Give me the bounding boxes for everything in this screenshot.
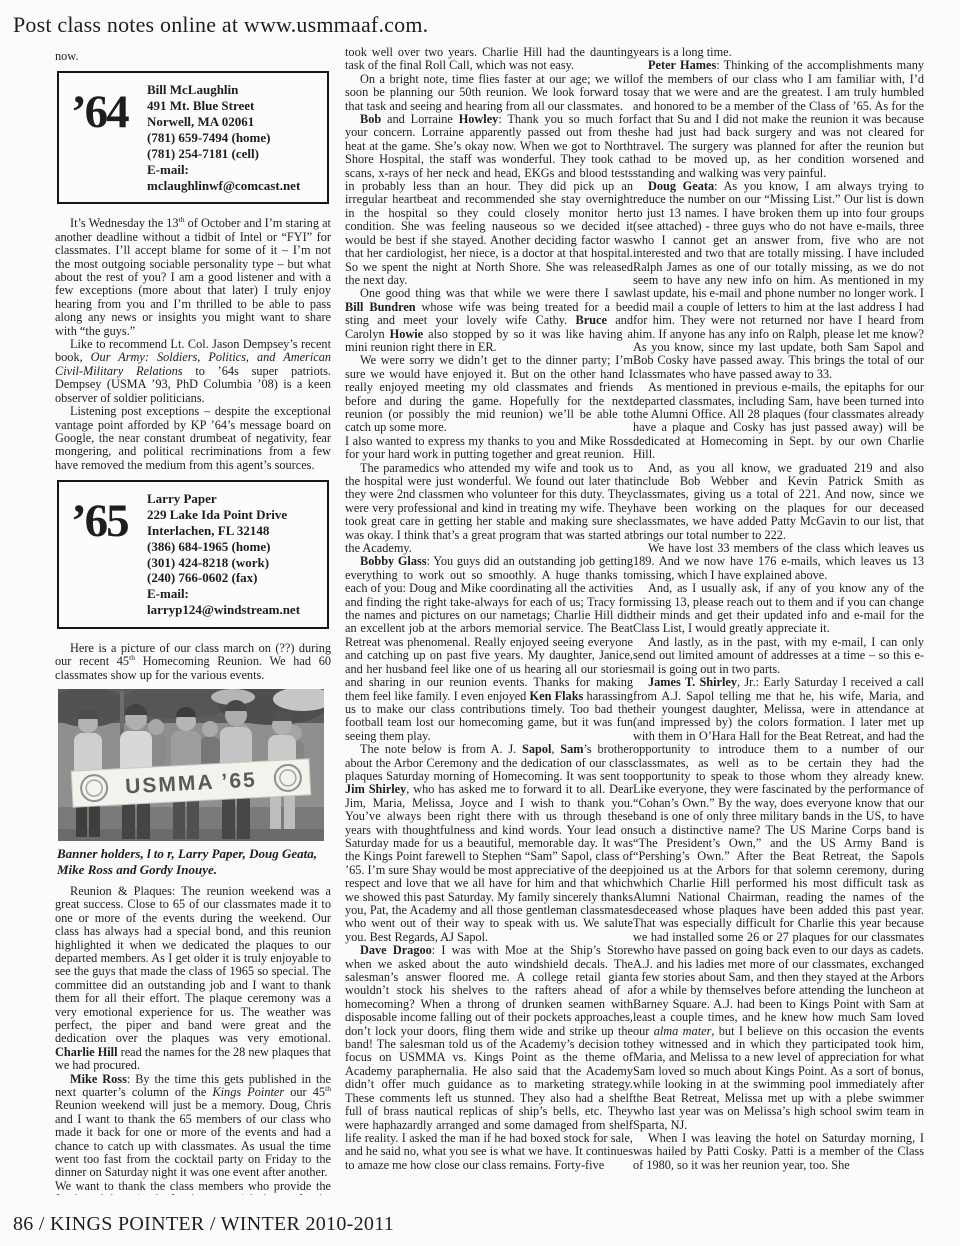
photo-caption: Banner holders, l to r, Larry Paper, Dou…	[57, 846, 331, 877]
paragraph: Mike Ross: By the time this gets publish…	[55, 1073, 331, 1180]
paragraph: We want to thank the class members who p…	[55, 1180, 331, 1195]
paragraph: Bobby Glass: You guys did an outstanding…	[345, 555, 633, 743]
paragraph: It’s Wednesday the 13th of October and I…	[55, 217, 331, 338]
contact-line: Norwell, MA 02061	[147, 114, 321, 130]
paragraph: We have lost 33 members of the class whi…	[633, 542, 924, 582]
class-65-notes-left: Reunion & Plaques: The reunion weekend w…	[55, 885, 331, 1195]
contact-line: E-mail: larryp124@windstream.net	[147, 586, 321, 618]
paragraph: Reunion & Plaques: The reunion weekend w…	[55, 885, 331, 1073]
class-march-photo: USMMA ’65	[58, 689, 331, 841]
paragraph: took well over two years. Charlie Hill h…	[345, 46, 633, 73]
contact-line: E-mail: mclaughlinwf@comcast.net	[147, 162, 321, 194]
paragraph: And, as I usually ask, if any of you kno…	[633, 582, 924, 636]
class-year-65: ’65	[71, 499, 143, 544]
contact-line: (386) 684-1965 (home)	[147, 539, 321, 555]
contact-line: (781) 659-7494 (home)	[147, 130, 321, 146]
paragraph: The paramedics who attended my wife and …	[345, 462, 633, 556]
photo-intro: Here is a picture of our class march on …	[55, 642, 331, 682]
paragraph: Listening post exceptions – despite the …	[55, 405, 331, 472]
contact-line: Larry Paper	[147, 491, 321, 507]
contact-line: 491 Mt. Blue Street	[147, 98, 321, 114]
paragraph: Here is a picture of our class march on …	[55, 642, 331, 682]
page-header-note: Post class notes online at www.usmmaaf.c…	[13, 12, 428, 38]
class-64-contact: Bill McLaughlin491 Mt. Blue StreetNorwel…	[147, 82, 321, 193]
paragraph: years is a long time.	[633, 46, 924, 59]
paragraph: Doug Geata: As you know, I am always try…	[633, 180, 924, 381]
contact-line: (240) 766-0602 (fax)	[147, 570, 321, 586]
class-64-notes: It’s Wednesday the 13th of October and I…	[55, 217, 331, 472]
paragraph: And lastly, as in the past, with my e-ma…	[633, 636, 924, 676]
paragraph: I also wanted to express my thanks to yo…	[345, 435, 633, 462]
class-65-box: ’65 Larry Paper229 Lake Ida Point DriveI…	[57, 480, 329, 629]
paragraph: Bob and Lorraine Howley: Thank you so mu…	[345, 113, 633, 287]
contact-line: 229 Lake Ida Point Drive	[147, 507, 321, 523]
paragraph: The note below is from A. J. Sapol, Sam’…	[345, 743, 633, 944]
class-year-64: ’64	[71, 90, 143, 135]
contact-line: (301) 424-8218 (work)	[147, 555, 321, 571]
column-right: years is a long time.Peter Hames: Thinki…	[633, 46, 924, 1218]
column-left: now. ’64 Bill McLaughlin491 Mt. Blue Str…	[55, 50, 331, 1195]
class-65-contact: Larry Paper229 Lake Ida Point DriveInter…	[147, 491, 321, 618]
continuation-text: now.	[55, 50, 331, 63]
contact-line: Bill McLaughlin	[147, 82, 321, 98]
paragraph: On a bright note, time flies faster at o…	[345, 73, 633, 113]
paragraph: As mentioned in previous e-mails, the ep…	[633, 381, 924, 461]
paragraph: We were sorry we didn’t get to the dinne…	[345, 354, 633, 434]
paragraph: Peter Hames: Thinking of the accomplishm…	[633, 59, 924, 180]
paragraph: Like to recommend Lt. Col. Jason Dempsey…	[55, 338, 331, 405]
contact-line: (781) 254-7181 (cell)	[147, 146, 321, 162]
column-middle: took well over two years. Charlie Hill h…	[345, 46, 633, 1206]
paragraph: Dave Dragoo: I was with Moe at the Ship’…	[345, 944, 633, 1172]
paragraph: When I was leaving the hotel on Saturday…	[633, 1132, 924, 1172]
paragraph: James T. Shirley, Jr.: Early Saturday I …	[633, 676, 924, 1132]
page-footer: 86 / KINGS POINTER / WINTER 2010-2011	[13, 1213, 394, 1236]
paragraph: One good thing was that while we were th…	[345, 287, 633, 354]
class-64-box: ’64 Bill McLaughlin491 Mt. Blue StreetNo…	[57, 71, 329, 204]
paragraph: And, as you all know, we graduated 219 a…	[633, 462, 924, 542]
contact-line: Interlachen, FL 32148	[147, 523, 321, 539]
